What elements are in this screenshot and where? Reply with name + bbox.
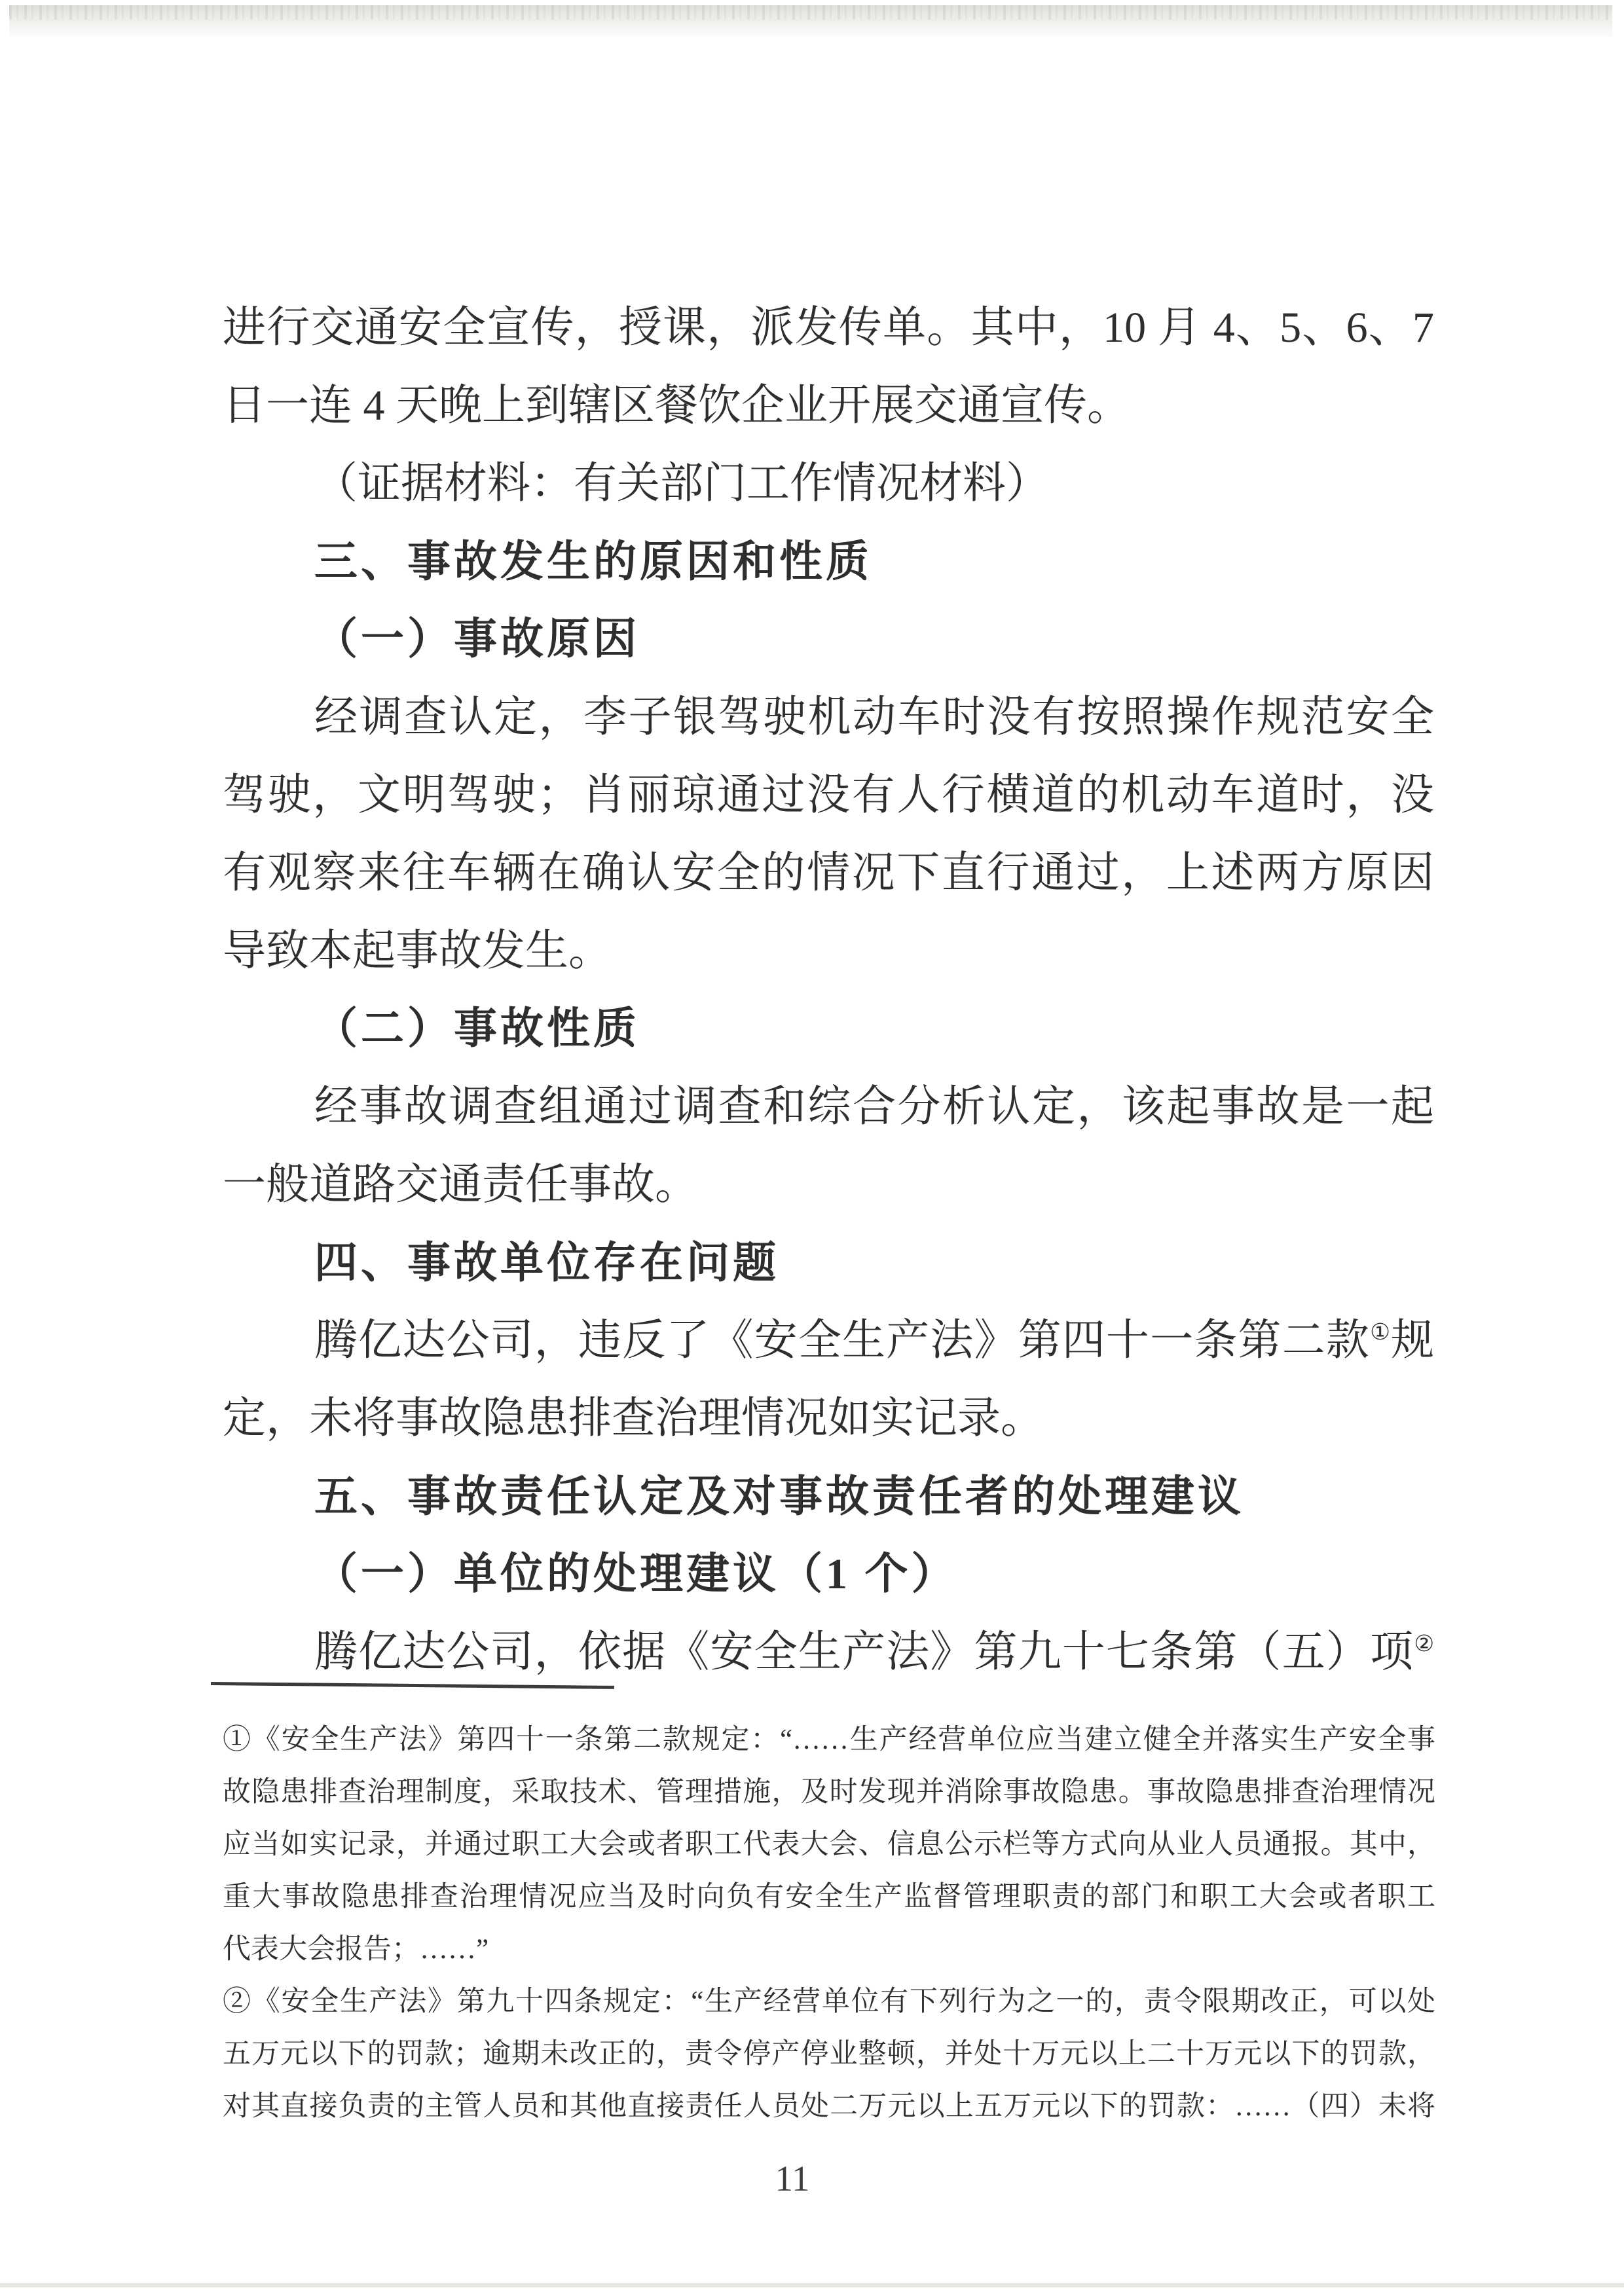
footnote-ref-mark: ② bbox=[1414, 1631, 1434, 1656]
body-line: （一）事故原因 bbox=[223, 600, 1434, 678]
document-body: 进行交通安全宣传，授课，派发传单。其中，10 月 4、5、6、7日一连 4 天晚… bbox=[223, 289, 1434, 1691]
footnotes: ①《安全生产法》第四十一条第二款规定：“……生产经营单位应当建立健全并落实生产安… bbox=[223, 1714, 1435, 2133]
footnote-line: ②《安全生产法》第九十四条规定：“生产经营单位有下列行为之一的，责令限期改正，可… bbox=[223, 1976, 1435, 2028]
body-line: 日一连 4 天晚上到辖区餐饮企业开展交通宣传。 bbox=[223, 367, 1434, 445]
footnote-line: 对其直接负责的主管人员和其他直接责任人员处二万元以上五万元以下的罚款：……（四）… bbox=[223, 2081, 1435, 2133]
body-line: 驾驶，文明驾驶；肖丽琼通过没有人行横道的机动车道时，没 bbox=[223, 756, 1434, 834]
scan-artifact-bottom bbox=[0, 2283, 1624, 2287]
footnote-line: 应当如实记录，并通过职工大会或者职工代表大会、信息公示栏等方式向从业人员通报。其… bbox=[223, 1819, 1435, 1871]
footnote-line: 代表大会报告；……” bbox=[223, 1923, 1435, 1976]
body-line: （一）单位的处理建议（1 个） bbox=[223, 1535, 1434, 1613]
body-line: 经事故调查组通过调查和综合分析认定，该起事故是一起 bbox=[223, 1068, 1434, 1146]
footnote-ref-mark: ① bbox=[1370, 1320, 1391, 1345]
footnote-line: ①《安全生产法》第四十一条第二款规定：“……生产经营单位应当建立健全并落实生产安… bbox=[223, 1714, 1435, 1766]
body-line: 导致本起事故发生。 bbox=[223, 912, 1434, 990]
body-line: （二）事故性质 bbox=[223, 990, 1434, 1068]
body-line: 进行交通安全宣传，授课，派发传单。其中，10 月 4、5、6、7 bbox=[223, 289, 1434, 367]
body-line: 五、事故责任认定及对事故责任者的处理建议 bbox=[223, 1457, 1434, 1535]
footnote-line: 五万元以下的罚款；逾期未改正的，责令停产停业整顿，并处十万元以上二十万元以下的罚… bbox=[223, 2028, 1435, 2081]
body-line: 腾亿达公司，违反了《安全生产法》第四十一条第二款①规 bbox=[223, 1302, 1434, 1379]
body-line: 四、事故单位存在问题 bbox=[223, 1224, 1434, 1302]
body-line: 定，未将事故隐患排查治理情况如实记录。 bbox=[223, 1379, 1434, 1457]
body-line: 有观察来往车辆在确认安全的情况下直行通过，上述两方原因 bbox=[223, 834, 1434, 912]
body-line: 经调查认定，李子银驾驶机动车时没有按照操作规范安全 bbox=[223, 678, 1434, 756]
body-line: （证据材料：有关部门工作情况材料） bbox=[223, 445, 1434, 522]
body-line: 一般道路交通责任事故。 bbox=[223, 1146, 1434, 1224]
footnote-line: 重大事故隐患排查治理情况应当及时向负有安全生产监督管理职责的部门和职工大会或者职… bbox=[223, 1871, 1435, 1923]
page-number: 11 bbox=[752, 2158, 833, 2199]
body-line: 三、事故发生的原因和性质 bbox=[223, 522, 1434, 600]
scan-artifact-top bbox=[9, 5, 1612, 37]
document-page: 进行交通安全宣传，授课，派发传单。其中，10 月 4、5、6、7日一连 4 天晚… bbox=[0, 0, 1624, 2296]
body-line: 腾亿达公司，依据《安全生产法》第九十七条第（五）项② bbox=[223, 1613, 1434, 1691]
footnote-line: 故隐患排查治理制度，采取技术、管理措施，及时发现并消除事故隐患。事故隐患排查治理… bbox=[223, 1766, 1435, 1819]
